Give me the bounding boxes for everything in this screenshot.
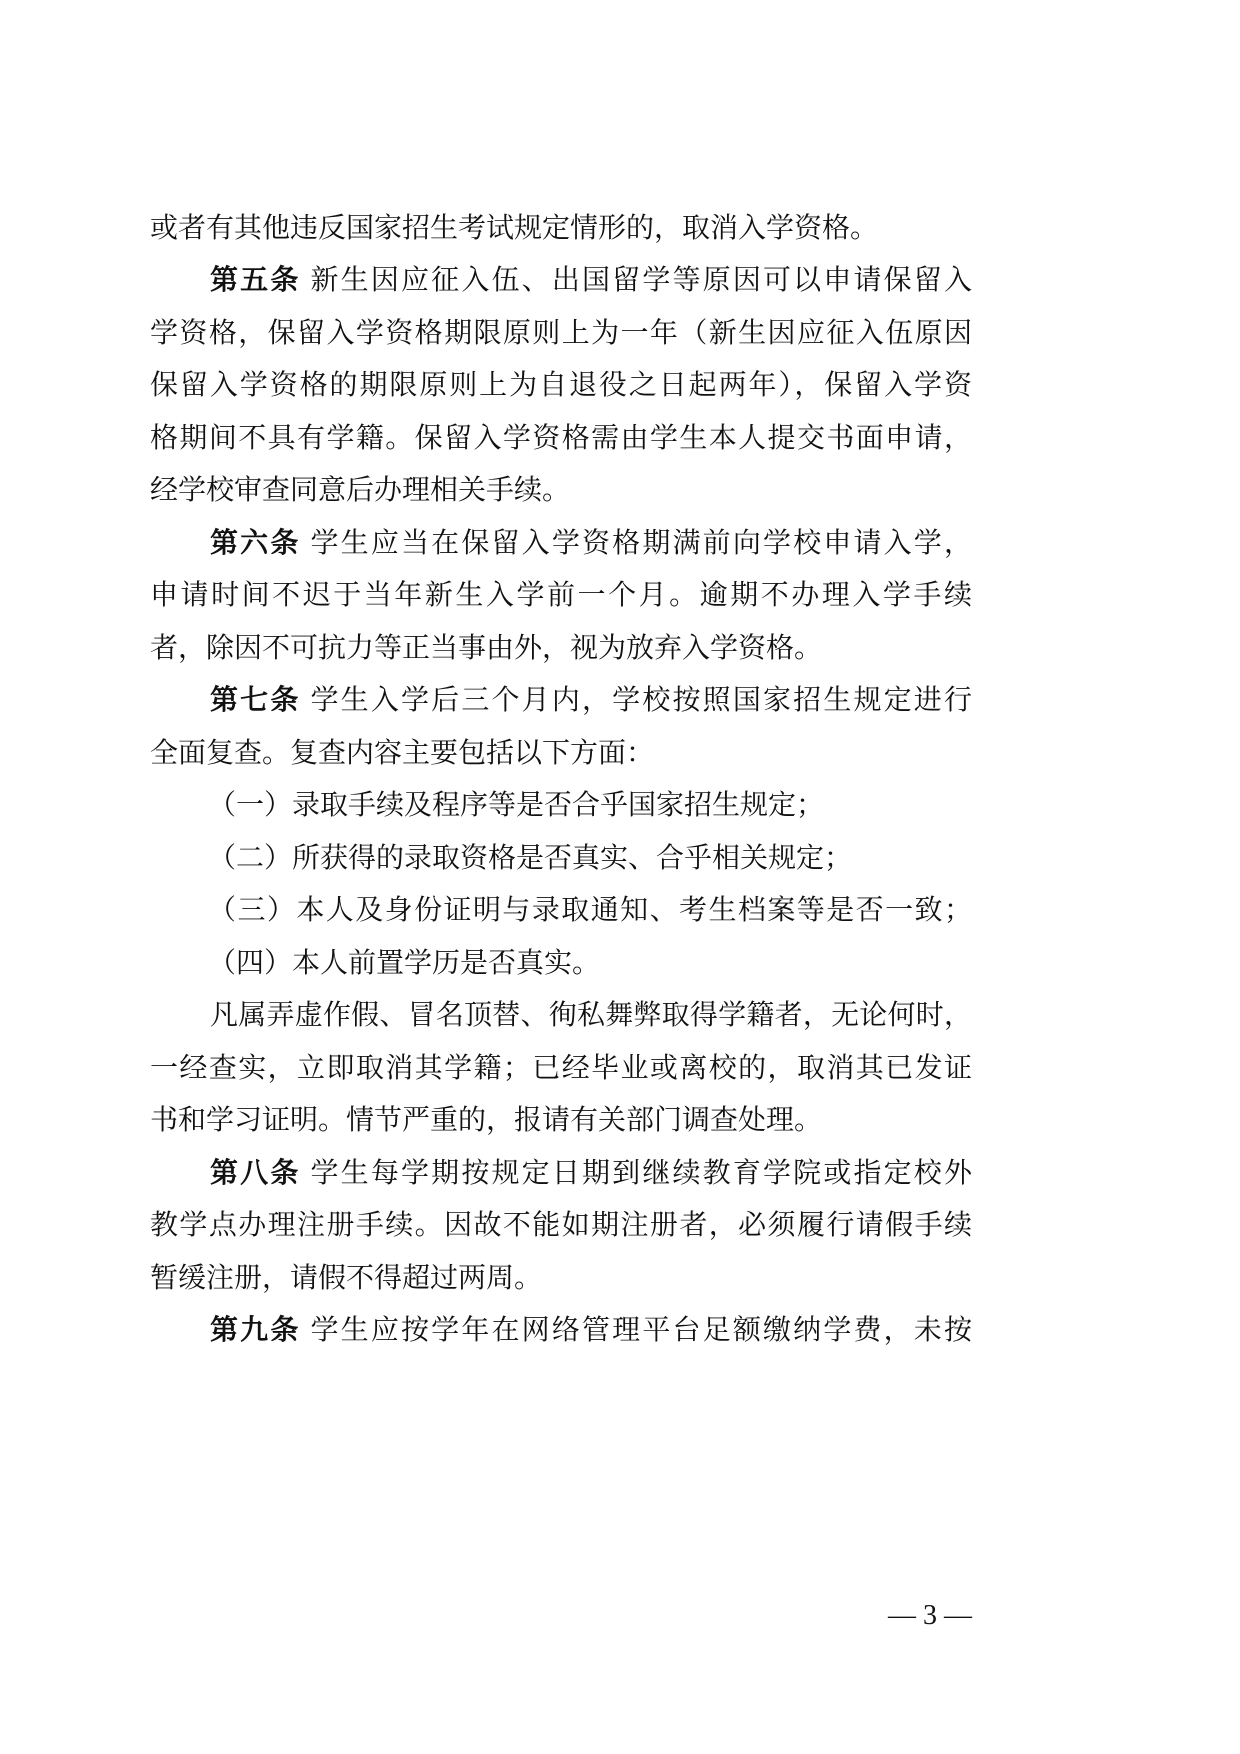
line-text: 经学校审查同意后办理相关手续。 [150,473,570,506]
text-line: 申请时间不迟于当年新生入学前一个月。逾期不办理入学手续 [150,575,972,615]
line-text: 全面复查。复查内容主要包括以下方面： [150,736,654,769]
line-text: （一）录取手续及程序等是否合乎国家招生规定； [208,788,824,821]
text-line: 暂缓注册，请假不得超过两周。 [150,1258,972,1298]
article-6-line: 第六条学生应当在保留入学资格期满前向学校申请入学， [210,523,972,563]
line-text: 格期间不具有学籍。保留入学资格需由学生本人提交书面申请， [150,421,972,454]
text-line: 或者有其他违反国家招生考试规定情形的，取消入学资格。 [150,208,972,248]
article-heading: 第六条 [210,526,301,559]
text-line: 学资格，保留入学资格期限原则上为一年（新生因应征入伍原因 [150,313,972,353]
article-heading: 第九条 [210,1313,301,1346]
line-text: 申请时间不迟于当年新生入学前一个月。逾期不办理入学手续 [150,578,972,611]
article-heading: 第七条 [210,683,301,716]
text-line: 教学点办理注册手续。因故不能如期注册者，必须履行请假手续 [150,1205,972,1245]
line-text: 或者有其他违反国家招生考试规定情形的，取消入学资格。 [150,211,878,244]
line-text: 一经查实，立即取消其学籍；已经毕业或离校的，取消其已发证 [150,1051,972,1084]
line-text: 教学点办理注册手续。因故不能如期注册者，必须履行请假手续 [150,1208,972,1241]
line-text: 书和学习证明。情节严重的，报请有关部门调查处理。 [150,1103,822,1136]
list-item: （一）录取手续及程序等是否合乎国家招生规定； [208,785,972,825]
list-item: （二）所获得的录取资格是否真实、合乎相关规定； [208,838,972,878]
list-item: （三）本人及身份证明与录取通知、考生档案等是否一致； [208,890,972,930]
text-line: 一经查实，立即取消其学籍；已经毕业或离校的，取消其已发证 [150,1048,972,1088]
document-page: 或者有其他违反国家招生考试规定情形的，取消入学资格。 第五条新生因应征入伍、出国… [0,0,1240,1754]
article-heading: 第八条 [210,1156,301,1189]
text-line: 书和学习证明。情节严重的，报请有关部门调查处理。 [150,1100,972,1140]
text-line: 凡属弄虚作假、冒名顶替、徇私舞弊取得学籍者，无论何时， [210,995,972,1035]
line-text: 保留入学资格的期限原则上为自退役之日起两年），保留入学资 [150,368,972,401]
line-text: 新生因应征入伍、出国留学等原因可以申请保留入 [311,263,972,296]
line-text: 学资格，保留入学资格期限原则上为一年（新生因应征入伍原因 [150,316,972,349]
article-8-line: 第八条学生每学期按规定日期到继续教育学院或指定校外 [210,1153,972,1193]
article-9-line: 第九条学生应按学年在网络管理平台足额缴纳学费，未按 [210,1310,972,1350]
text-line: 者，除因不可抗力等正当事由外，视为放弃入学资格。 [150,628,972,668]
line-text: 凡属弄虚作假、冒名顶替、徇私舞弊取得学籍者，无论何时， [210,998,972,1031]
line-text: （二）所获得的录取资格是否真实、合乎相关规定； [208,841,852,874]
line-text: 学生应当在保留入学资格期满前向学校申请入学， [311,526,972,559]
line-text: （三）本人及身份证明与录取通知、考生档案等是否一致； [208,893,972,926]
text-line: 格期间不具有学籍。保留入学资格需由学生本人提交书面申请， [150,418,972,458]
article-5-line: 第五条新生因应征入伍、出国留学等原因可以申请保留入 [210,260,972,300]
article-heading: 第五条 [210,263,301,296]
article-7-line: 第七条学生入学后三个月内，学校按照国家招生规定进行 [210,680,972,720]
line-text: 学生入学后三个月内，学校按照国家招生规定进行 [311,683,972,716]
line-text: 暂缓注册，请假不得超过两周。 [150,1261,542,1294]
line-text: （四）本人前置学历是否真实。 [208,946,600,979]
line-text: 者，除因不可抗力等正当事由外，视为放弃入学资格。 [150,631,822,664]
text-line: 经学校审查同意后办理相关手续。 [150,470,972,510]
line-text: 学生每学期按规定日期到继续教育学院或指定校外 [311,1156,972,1189]
line-text: 学生应按学年在网络管理平台足额缴纳学费，未按 [311,1313,972,1346]
page-number: — 3 — [880,1596,980,1636]
text-line: 保留入学资格的期限原则上为自退役之日起两年），保留入学资 [150,365,972,405]
text-line: 全面复查。复查内容主要包括以下方面： [150,733,972,773]
list-item: （四）本人前置学历是否真实。 [208,943,972,983]
